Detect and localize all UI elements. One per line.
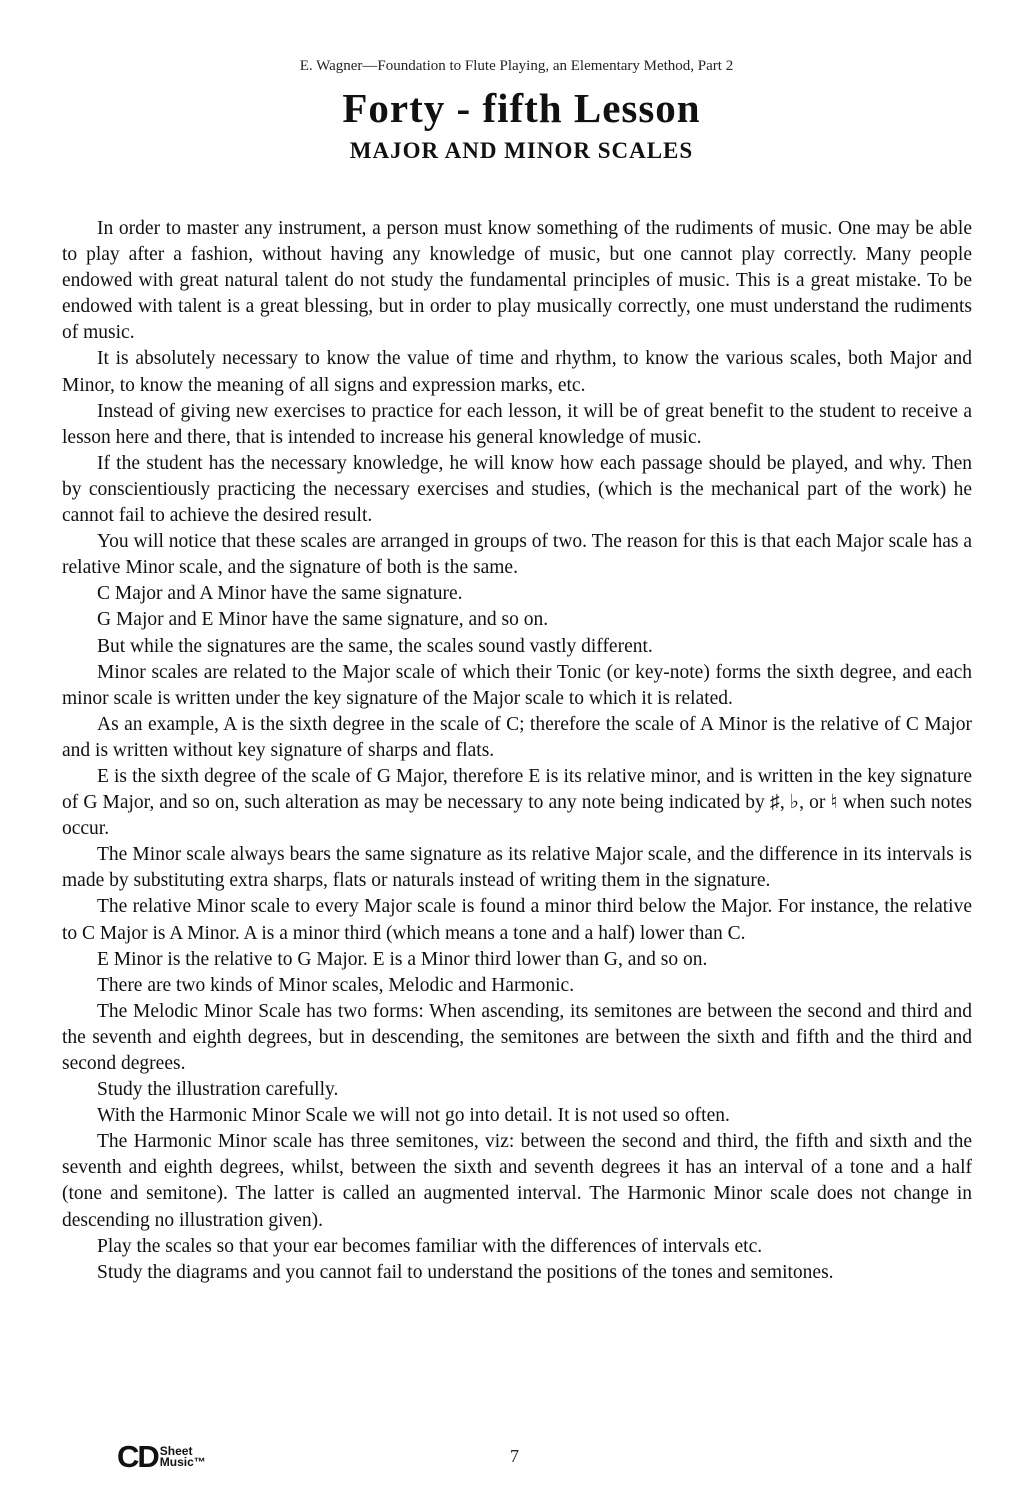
paragraph: The Harmonic Minor scale has three semit… [62,1129,972,1233]
paragraph: Minor scales are related to the Major sc… [62,660,972,712]
paragraph: E is the sixth degree of the scale of G … [62,764,972,842]
paragraph: As an example, A is the sixth degree in … [62,712,972,764]
lesson-title: Forty - fifth Lesson [0,84,1033,132]
logo-text: Sheet Music™ [160,1446,206,1468]
paragraph: You will notice that these scales are ar… [62,529,972,581]
cd-sheet-music-logo: CD Sheet Music™ [117,1441,206,1472]
paragraph: The Minor scale always bears the same si… [62,842,972,894]
lesson-subtitle: MAJOR AND MINOR SCALES [0,138,1033,164]
paragraph: If the student has the necessary knowled… [62,451,972,529]
paragraph: Study the illustration carefully. [62,1077,972,1103]
paragraph: But while the signatures are the same, t… [62,634,972,660]
paragraph: Instead of giving new exercises to pract… [62,399,972,451]
paragraph: E Minor is the relative to G Major. E is… [62,947,972,973]
paragraph: The relative Minor scale to every Major … [62,894,972,946]
paragraph: In order to master any instrument, a per… [62,216,972,346]
logo-mark-icon: CD [117,1441,158,1472]
paragraph: Play the scales so that your ear becomes… [62,1234,972,1260]
paragraph: With the Harmonic Minor Scale we will no… [62,1103,972,1129]
paragraph: It is absolutely necessary to know the v… [62,346,972,398]
page-number: 7 [510,1446,519,1467]
lesson-body: In order to master any instrument, a per… [62,216,972,1286]
paragraph: C Major and A Minor have the same signat… [62,581,972,607]
paragraph: Study the diagrams and you cannot fail t… [62,1260,972,1286]
paragraph: The Melodic Minor Scale has two forms: W… [62,999,972,1077]
paragraph: There are two kinds of Minor scales, Mel… [62,973,972,999]
logo-line-2: Music™ [160,1455,206,1469]
paragraph: G Major and E Minor have the same signat… [62,607,972,633]
running-header: E. Wagner—Foundation to Flute Playing, a… [0,58,1033,75]
